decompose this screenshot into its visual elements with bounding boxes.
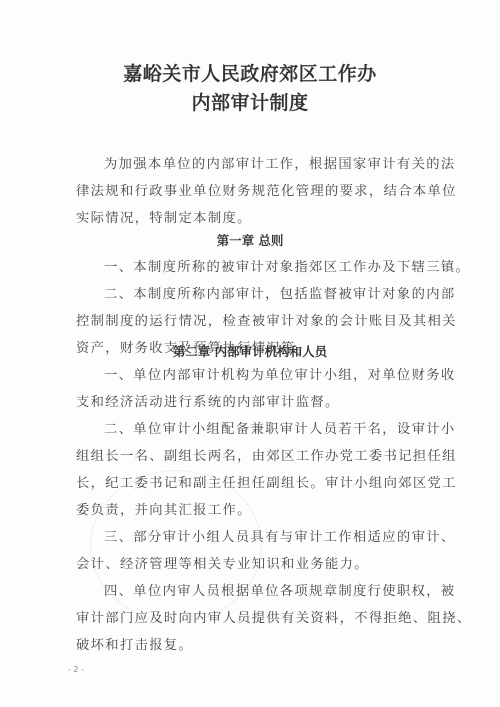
chapter2-line: 三、部分审计小组人员具有与审计工作相适应的审计、 <box>76 526 464 545</box>
intro-line: 为加强本单位的内部审计工作，根据国家审计有关的法 <box>76 153 464 172</box>
chapter2-line: 会计、经济管理等相关专业知识和业务能力。 <box>76 553 436 572</box>
chapter1-line: 二、本制度所称内部审计，包括监督被审计对象的内部 <box>76 283 464 302</box>
document-title-line2: 内部审计制度 <box>0 88 500 115</box>
chapter2-line: 长，纪工委书记和副主任担任副组长。审计小组向郊区党工 <box>76 472 436 491</box>
document-page: 嘉峪关市人民政府郊区工作办 内部审计制度 为加强本单位的内部审计工作，根据国家审… <box>0 0 500 707</box>
page-number: - 2 - <box>68 665 84 674</box>
chapter1-line: 控制制度的运行情况，检查被审计对象的会计账目及其相关 <box>76 310 436 329</box>
chapter2-line: 组组长一名、副组长两名，由郊区工作办党工委书记担任组 <box>76 445 436 464</box>
chapter2-line: 审计部门应及时向内审人员提供有关资料，不得拒绝、阻挠、 <box>76 607 436 626</box>
faint-seal-stamp <box>90 470 262 622</box>
chapter2-line: 四、单位内审人员根据单位各项规章制度行使职权，被 <box>76 580 464 599</box>
chapter2-line: 二、单位审计小组配备兼职审计人员若干名，设审计小 <box>76 418 464 437</box>
intro-line: 律法规和行政事业单位财务规范化管理的要求，结合本单位 <box>76 180 436 199</box>
chapter2-line: 支和经济活动进行系统的内部审计监督。 <box>76 391 436 410</box>
document-title-line1: 嘉峪关市人民政府郊区工作办 <box>0 59 500 86</box>
chapter1-line: 一、本制度所称的被审计对象指郊区工作办及下辖三镇。 <box>76 256 464 275</box>
intro-line: 实际情况，特制定本制度。 <box>76 207 436 226</box>
chapter1-heading: 第一章 总则 <box>0 231 500 249</box>
chapter2-heading: 第二章 内部审计机构和人员 <box>0 342 500 360</box>
chapter2-line: 委负责，并向其汇报工作。 <box>76 499 436 518</box>
chapter2-line: 破坏和打击报复。 <box>76 634 436 653</box>
chapter2-line: 一、单位内部审计机构为单位审计小组，对单位财务收 <box>76 364 464 383</box>
